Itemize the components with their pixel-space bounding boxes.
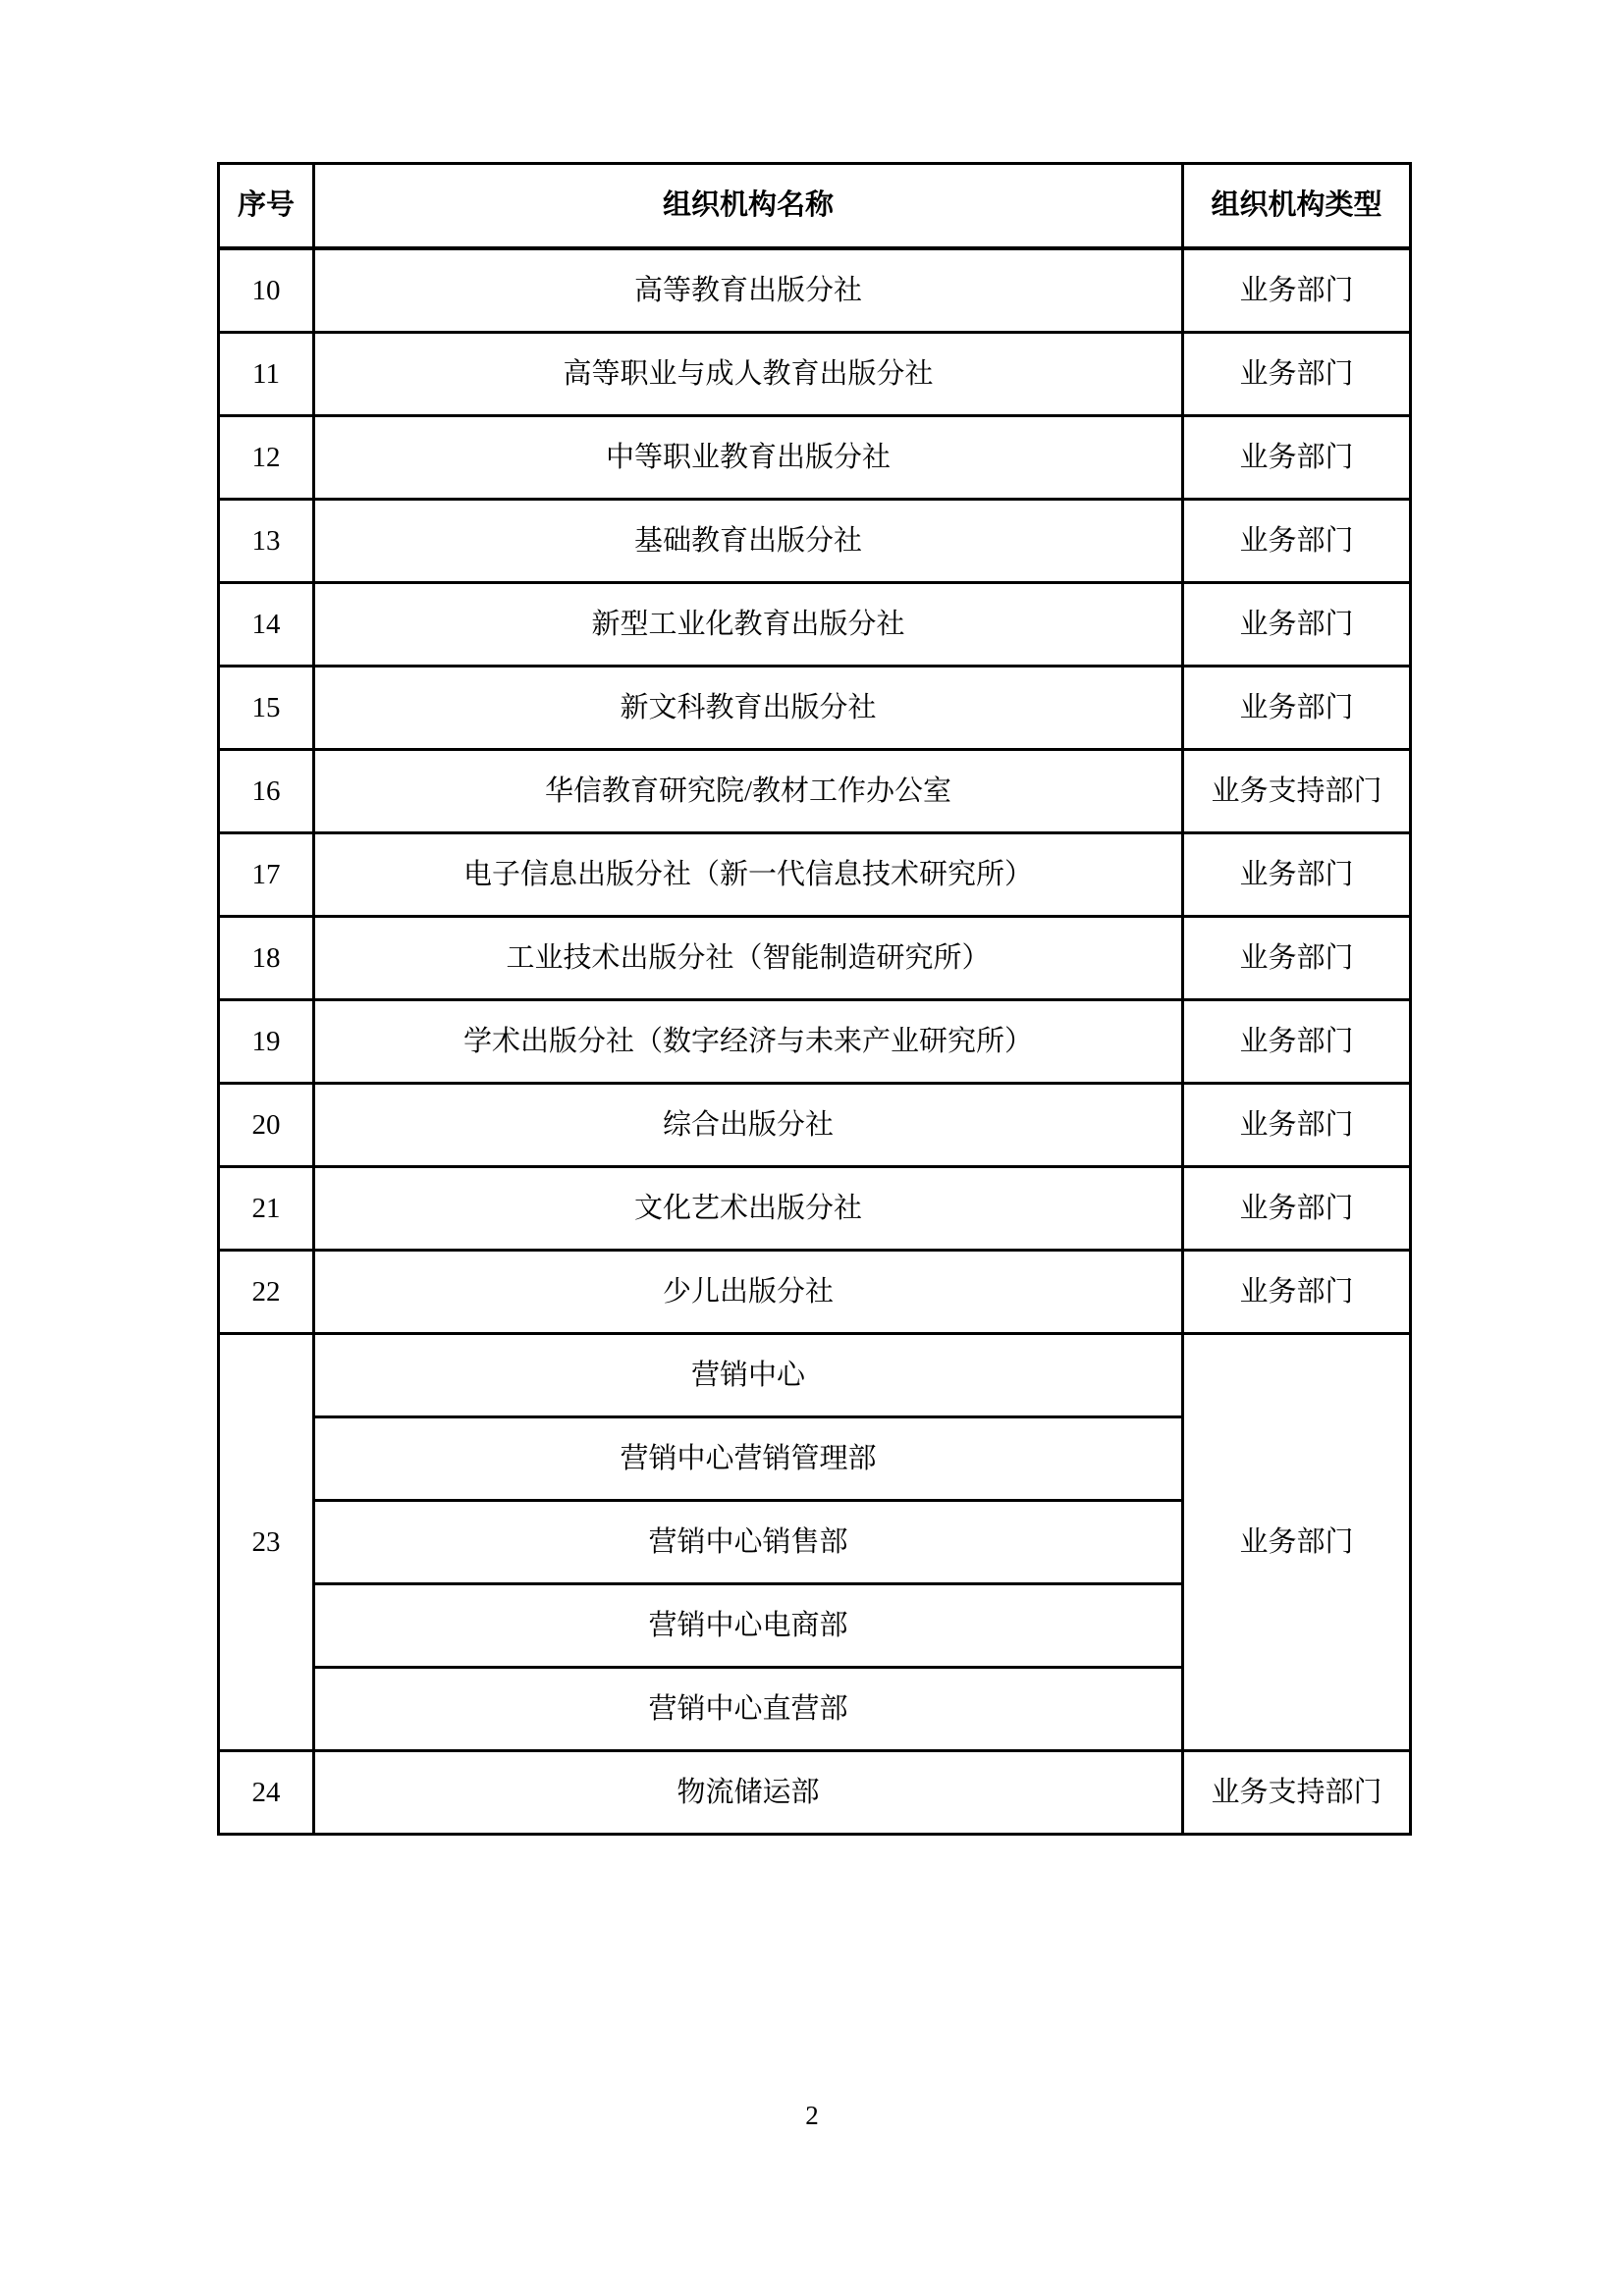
- org-name-cell: 营销中心直营部: [314, 1668, 1183, 1751]
- org-type-cell: 业务部门: [1183, 1084, 1411, 1167]
- table-row: 11 高等职业与成人教育出版分社 业务部门: [219, 333, 1411, 416]
- org-name-cell: 学术出版分社（数字经济与未来产业研究所）: [314, 1000, 1183, 1084]
- org-name-cell: 高等职业与成人教育出版分社: [314, 333, 1183, 416]
- header-cell-name: 组织机构名称: [314, 164, 1183, 249]
- org-name-cell: 少儿出版分社: [314, 1251, 1183, 1334]
- table-row: 13 基础教育出版分社 业务部门: [219, 500, 1411, 583]
- org-type-cell: 业务部门: [1183, 416, 1411, 500]
- org-name-cell: 中等职业教育出版分社: [314, 416, 1183, 500]
- org-type-cell: 业务部门: [1183, 333, 1411, 416]
- table-row: 20 综合出版分社 业务部门: [219, 1084, 1411, 1167]
- org-name-cell: 营销中心电商部: [314, 1584, 1183, 1668]
- table-row: 18 工业技术出版分社（智能制造研究所） 业务部门: [219, 917, 1411, 1000]
- org-name-cell: 新型工业化教育出版分社: [314, 583, 1183, 667]
- org-type-cell: 业务部门: [1183, 248, 1411, 333]
- table-row: 19 学术出版分社（数字经济与未来产业研究所） 业务部门: [219, 1000, 1411, 1084]
- row-number-cell: 21: [219, 1167, 314, 1251]
- table-row: 12 中等职业教育出版分社 业务部门: [219, 416, 1411, 500]
- org-table: 序号 组织机构名称 组织机构类型 10 高等教育出版分社 业务部门 11 高等职…: [217, 162, 1412, 1836]
- org-type-cell: 业务部门: [1183, 667, 1411, 750]
- org-name-cell: 营销中心营销管理部: [314, 1417, 1183, 1501]
- org-type-cell: 业务部门: [1183, 833, 1411, 917]
- table-row: 17 电子信息出版分社（新一代信息技术研究所） 业务部门: [219, 833, 1411, 917]
- row-number-cell: 17: [219, 833, 314, 917]
- row-number-cell: 23: [219, 1334, 314, 1751]
- table-row: 15 新文科教育出版分社 业务部门: [219, 667, 1411, 750]
- org-type-cell: 业务部门: [1183, 1000, 1411, 1084]
- org-type-cell: 业务支持部门: [1183, 750, 1411, 833]
- org-name-cell: 基础教育出版分社: [314, 500, 1183, 583]
- header-cell-no: 序号: [219, 164, 314, 249]
- row-number-cell: 15: [219, 667, 314, 750]
- org-name-cell: 综合出版分社: [314, 1084, 1183, 1167]
- row-number-cell: 19: [219, 1000, 314, 1084]
- table-row: 16 华信教育研究院/教材工作办公室 业务支持部门: [219, 750, 1411, 833]
- org-type-cell: 业务部门: [1183, 1251, 1411, 1334]
- table-row-group-first: 23 营销中心 业务部门: [219, 1334, 1411, 1417]
- row-number-cell: 22: [219, 1251, 314, 1334]
- org-name-cell: 营销中心销售部: [314, 1501, 1183, 1584]
- row-number-cell: 14: [219, 583, 314, 667]
- org-type-cell: 业务部门: [1183, 500, 1411, 583]
- table-header-row: 序号 组织机构名称 组织机构类型: [219, 164, 1411, 249]
- row-number-cell: 20: [219, 1084, 314, 1167]
- row-number-cell: 18: [219, 917, 314, 1000]
- row-number-cell: 12: [219, 416, 314, 500]
- org-type-cell: 业务部门: [1183, 583, 1411, 667]
- table-row: 14 新型工业化教育出版分社 业务部门: [219, 583, 1411, 667]
- org-name-cell: 物流储运部: [314, 1751, 1183, 1835]
- row-number-cell: 16: [219, 750, 314, 833]
- org-type-cell: 业务部门: [1183, 1167, 1411, 1251]
- org-type-cell: 业务部门: [1183, 1334, 1411, 1751]
- org-name-cell: 华信教育研究院/教材工作办公室: [314, 750, 1183, 833]
- table-row: 24 物流储运部 业务支持部门: [219, 1751, 1411, 1835]
- org-type-cell: 业务支持部门: [1183, 1751, 1411, 1835]
- row-number-cell: 13: [219, 500, 314, 583]
- header-cell-type: 组织机构类型: [1183, 164, 1411, 249]
- row-number-cell: 11: [219, 333, 314, 416]
- org-name-cell: 工业技术出版分社（智能制造研究所）: [314, 917, 1183, 1000]
- row-number-cell: 24: [219, 1751, 314, 1835]
- org-name-cell: 新文科教育出版分社: [314, 667, 1183, 750]
- document-table-container: 序号 组织机构名称 组织机构类型 10 高等教育出版分社 业务部门 11 高等职…: [217, 162, 1412, 1836]
- row-number-cell: 10: [219, 248, 314, 333]
- table-row: 22 少儿出版分社 业务部门: [219, 1251, 1411, 1334]
- table-row: 21 文化艺术出版分社 业务部门: [219, 1167, 1411, 1251]
- org-type-cell: 业务部门: [1183, 917, 1411, 1000]
- page-number: 2: [0, 2101, 1624, 2131]
- table-row: 10 高等教育出版分社 业务部门: [219, 248, 1411, 333]
- org-name-cell: 电子信息出版分社（新一代信息技术研究所）: [314, 833, 1183, 917]
- org-name-cell: 营销中心: [314, 1334, 1183, 1417]
- org-name-cell: 高等教育出版分社: [314, 248, 1183, 333]
- org-name-cell: 文化艺术出版分社: [314, 1167, 1183, 1251]
